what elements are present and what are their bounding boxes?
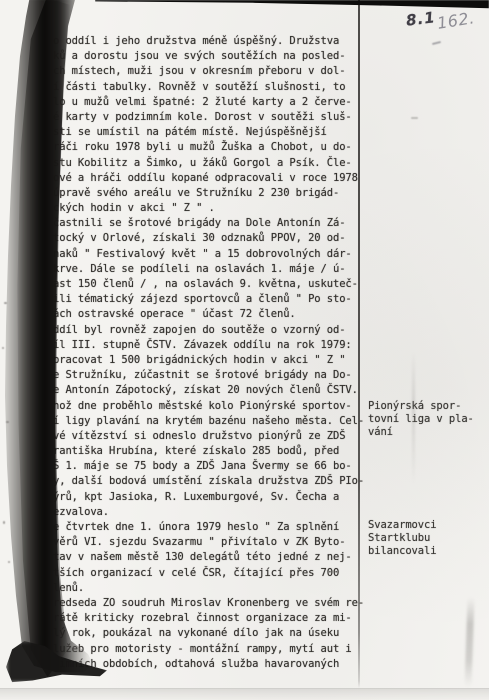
text-line: o oddíl i jeho družstva méně úspěšný. Dr…	[53, 34, 383, 49]
handwritten-ink-number: 8.1	[405, 8, 437, 29]
text-line: úpravě svého areálu ve Stružníku 2 230 b…	[53, 186, 383, 201]
text-line: ýrů, kpt Jasioka, R. Luxemburgové, Sv. Č…	[53, 490, 383, 505]
text-line: rantiška Hrubína, které získalo 285 bodů…	[53, 444, 383, 459]
text-line: pracovat 1 500 brigádnických hodin v akc…	[53, 353, 383, 368]
text-line: vé vítězství si odneslo družstvo pionýrů…	[53, 429, 383, 444]
text-line: tocký v Orlové, získali 30 odznaků PPOV,…	[53, 231, 383, 246]
handwritten-pencil-number: 162.	[436, 8, 476, 33]
text-line: e Antonín Zápotocký, získat 20 nových čl…	[53, 383, 383, 398]
text-line: ddíl byl rovněž zapojen do soutěže o vzo…	[53, 323, 383, 338]
text-line: krve. Dále se podíleli na oslavách 1. má…	[53, 262, 383, 277]
paper-speck	[4, 302, 7, 304]
text-line: rátě kriticky rozebral činnost organizac…	[53, 611, 383, 626]
text-line: y, další bodová umístění získala družstv…	[53, 474, 383, 489]
text-line: ků a dorostu jsou ve svých soutěžích na …	[53, 49, 383, 64]
text-line: redseda ZO soudruh Miroslav Kronenberg v…	[53, 596, 383, 611]
margin-note-line: tovní liga v pla-	[368, 413, 488, 426]
text-line: ast 150 členů / , na oslavách 9. května,…	[53, 277, 383, 292]
text-line: e Stružníku, zúčastnit se šrotové brigád…	[53, 368, 383, 383]
text-line: e čtvrtek dne 1. února 1979 heslo " Za s…	[53, 520, 383, 535]
text-line: ráči roku 1978 byli u mužů Žuška a Chobo…	[53, 140, 383, 155]
text-line: naků " Festivalový květ " a 15 dobrovoln…	[53, 247, 383, 262]
margin-note-line: vání	[368, 426, 488, 439]
paper-crease	[412, 352, 415, 484]
margin-note-line: bilancovali	[368, 545, 488, 558]
text-line: ckých hodin v akci " Z " .	[53, 201, 383, 216]
text-line: Š 1. máje se 75 body a ZDŠ Jana Švermy s…	[53, 459, 383, 474]
text-line: lo u mužů velmi špatné: 2 žluté karty a …	[53, 95, 383, 110]
text-line: ové a hráči oddílu kopané odpracovali v …	[53, 171, 383, 186]
text-line: tav v našem městě 130 delegátů této jedn…	[53, 550, 383, 565]
page-bottom-shadow	[0, 688, 489, 700]
margin-note-line: Svazarmovci	[368, 519, 488, 532]
text-line: ách ostravské operace " účast 72 členů.	[53, 307, 383, 322]
paper-crease	[464, 597, 474, 687]
typewriter-body: o oddíl i jeho družstva méně úspěšný. Dr…	[53, 34, 383, 672]
scanned-page: o oddíl i jeho družstva méně úspěšný. Dr…	[0, 0, 489, 700]
text-line: věrů VI. sjezdu Svazarmu " přivítalo v Z…	[53, 535, 383, 550]
paper-speck	[2, 347, 4, 349]
text-line: stu Kobilitz a Šimko, u žáků Gorgol a Ps…	[53, 156, 383, 171]
text-line: lenů.	[53, 581, 383, 596]
text-line: tších organizací v celé ČSR, čítající př…	[53, 566, 383, 581]
text-line: í části tabulky. Rovněž v soutěží slušno…	[53, 80, 383, 95]
text-line: sti se umístil na pátém místě. Nejúspěšn…	[53, 125, 383, 140]
paper-speck	[3, 521, 5, 524]
margin-note-svazarm: SvazarmovciStartklububilancovali	[368, 519, 488, 558]
margin-note-line: Startklubu	[368, 532, 488, 545]
text-line: ch místech, muži jsou v okresním přeboru…	[53, 64, 383, 79]
text-line: hož dne proběhlo městské kolo Pionýrské …	[53, 399, 383, 414]
text-line: é karty v podzimním kole. Dorost v soutě…	[53, 110, 383, 125]
text-line: í ligy plavání na krytém bazénu našeho m…	[53, 414, 383, 429]
text-line: ili tématický zájezd sportovců a členů "…	[53, 292, 383, 307]
faint-pen-mark	[411, 117, 418, 119]
text-line: lý rok, poukázal na vykonané dílo jak na…	[53, 626, 383, 641]
paper-speck	[8, 561, 10, 563]
margin-note-swimming: Pionýrská spor-tovní liga v pla-vání	[368, 400, 488, 439]
margin-note-line: Pionýrská spor-	[368, 400, 488, 413]
text-line: íl III. stupně ČSTV. Závazek oddílu na r…	[53, 338, 383, 353]
text-line: lužeb pro motoristy - montážní rampy, my…	[53, 642, 383, 657]
handwritten-dash-mark	[432, 41, 441, 45]
text-line: ezvalova.	[53, 505, 383, 520]
text-line: častnili se šrotové brigády na Dole Anto…	[53, 216, 383, 231]
